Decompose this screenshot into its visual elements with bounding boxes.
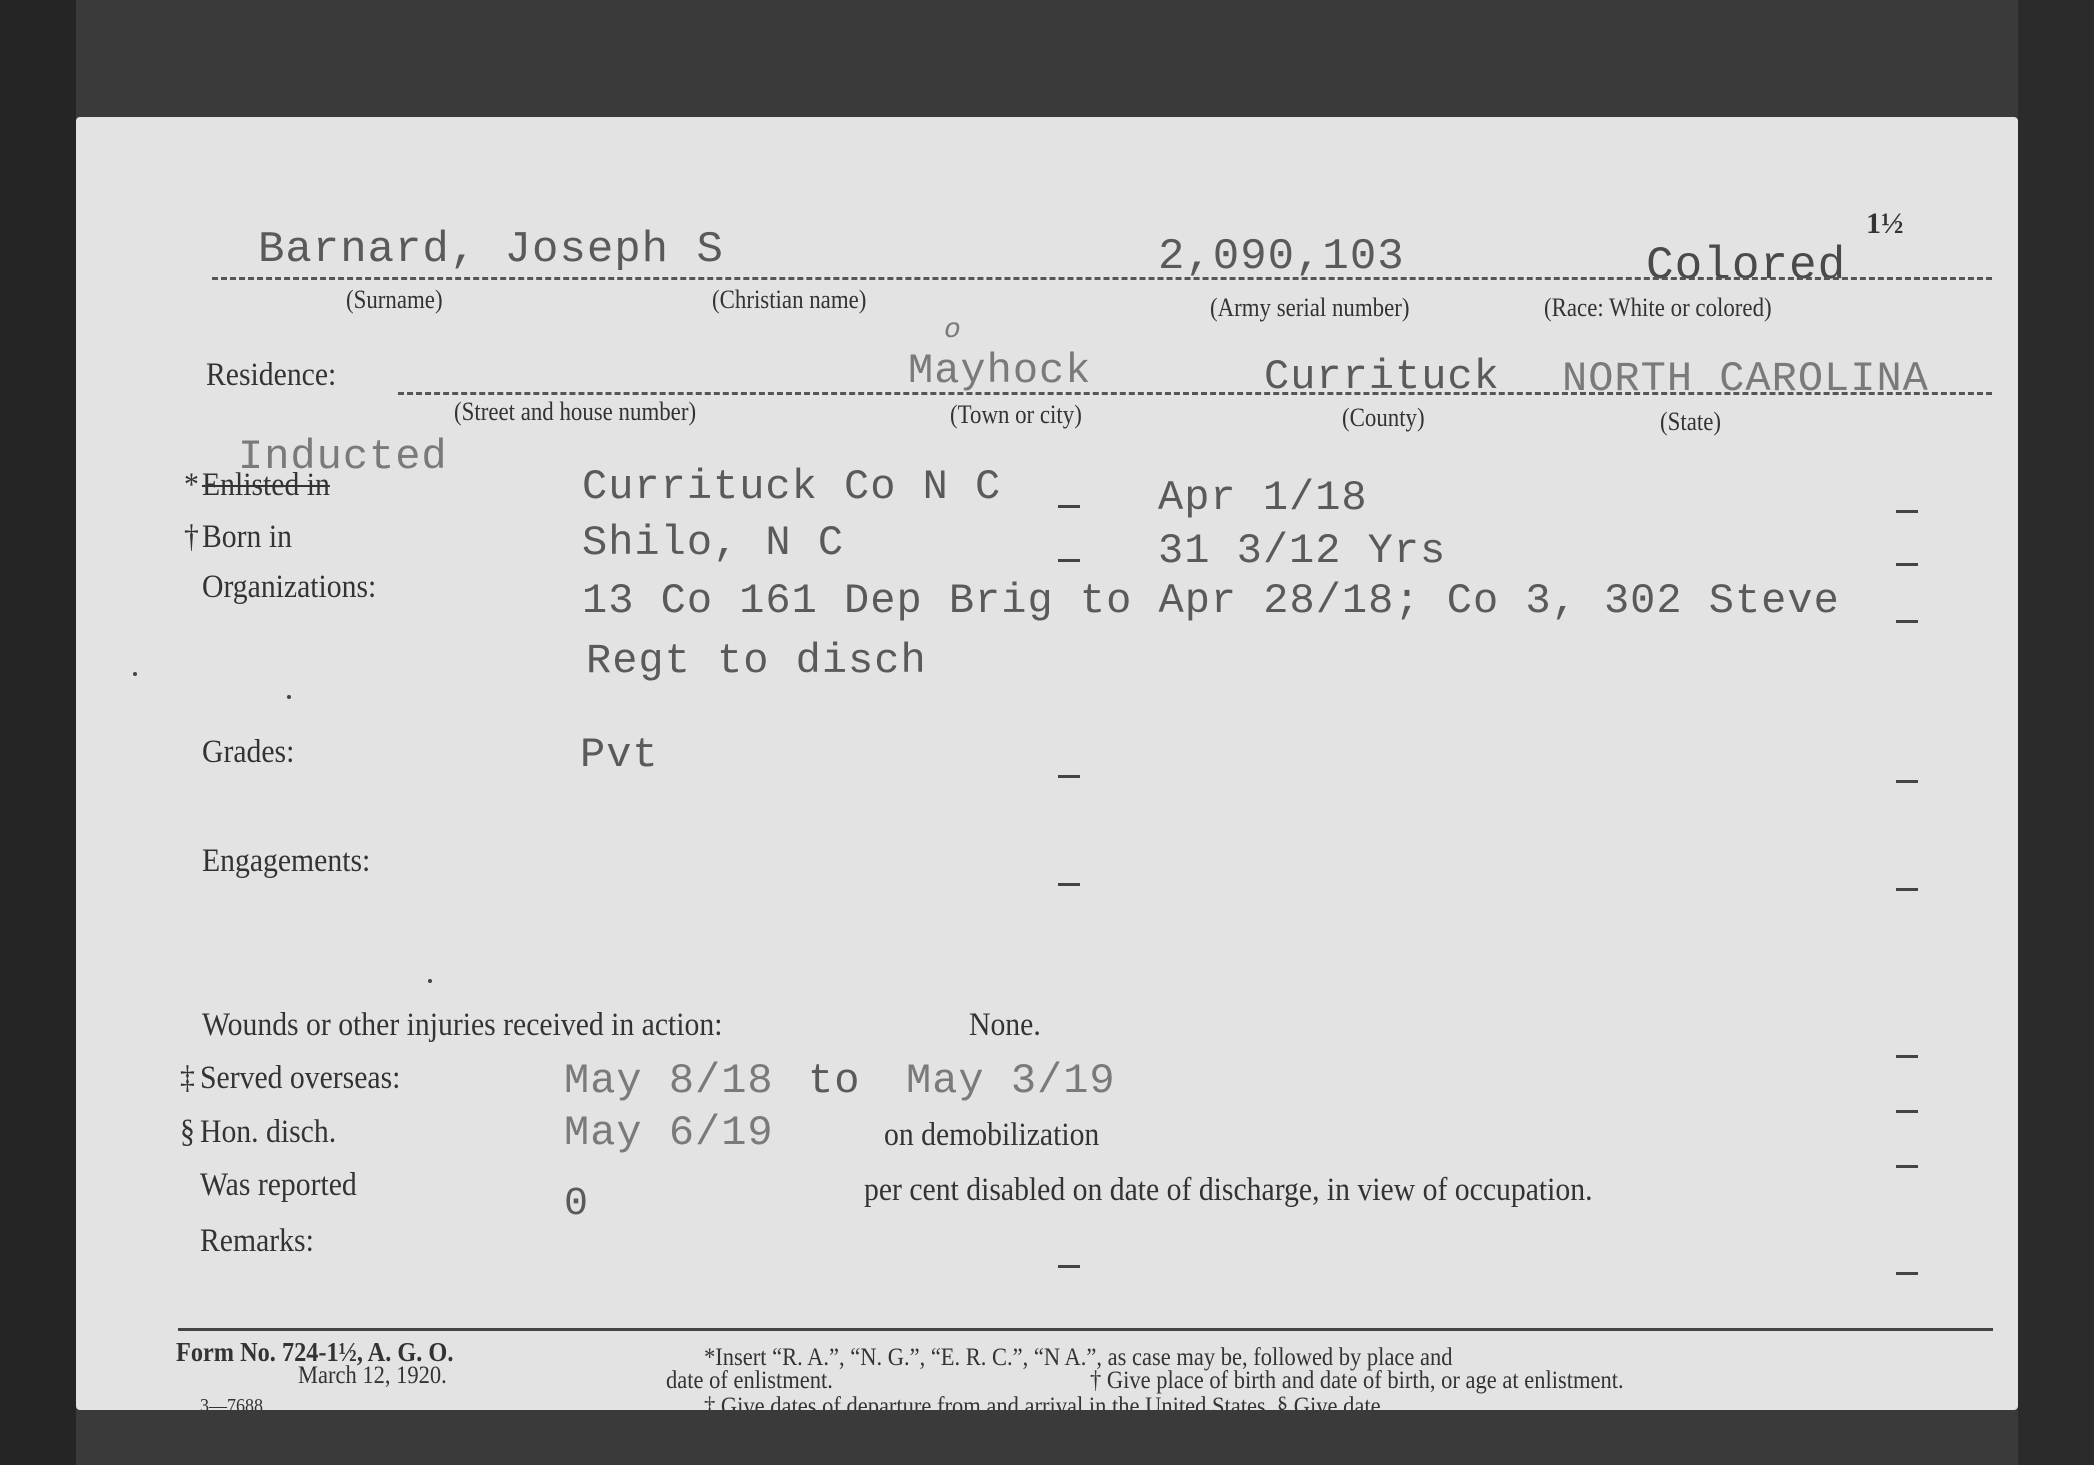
corner-mark: 1½: [1866, 207, 1904, 241]
enlistment-marker: *: [184, 467, 199, 504]
service-record-card: 1½ Barnard, Joseph S 2,090,103 Colored (…: [76, 117, 2018, 1410]
discharge-note: on demobilization: [884, 1117, 1099, 1154]
enlisted-in-label: Enlisted in: [202, 467, 330, 504]
overseas-marker: ‡: [180, 1060, 195, 1097]
footnote-overseas: ‡ Give dates of departure from and arriv…: [704, 1393, 1381, 1410]
middle-dash: [1058, 1265, 1080, 1268]
right-dash: [1896, 1110, 1918, 1113]
town-correction: o: [944, 315, 962, 346]
right-dash: [1896, 780, 1918, 783]
scan-speck: [428, 979, 432, 983]
discharge-date: May 6/19: [564, 1109, 774, 1157]
right-dash: [1896, 563, 1918, 566]
right-dash: [1896, 510, 1918, 513]
right-dash: [1896, 1055, 1918, 1058]
birth-place: Shilo, N C: [582, 519, 844, 567]
enlistment-date: Apr 1/18: [1158, 474, 1368, 522]
age-at-enlistment: 31 3/12 Yrs: [1158, 527, 1446, 575]
race-value: Colored: [1646, 240, 1846, 292]
scan-speck: [287, 695, 291, 699]
middle-dash: [1058, 559, 1080, 562]
christian-name-caption: (Christian name): [712, 285, 866, 315]
name-underline: [212, 277, 1992, 280]
wounds-label: Wounds or other injuries received in act…: [202, 1007, 723, 1044]
middle-dash: [1058, 775, 1080, 778]
overseas-to-date: May 3/19: [906, 1057, 1116, 1105]
disability-text: per cent disabled on date of discharge, …: [864, 1172, 1593, 1209]
name-value: Barnard, Joseph S: [258, 225, 724, 275]
middle-dash: [1058, 505, 1080, 508]
state-caption: (State): [1660, 407, 1721, 437]
was-reported-label: Was reported: [200, 1167, 357, 1204]
footnote-insert-continued: date of enlistment.: [666, 1367, 833, 1395]
residence-underline: [398, 392, 1992, 395]
form-date: March 12, 1920.: [298, 1362, 447, 1390]
wounds-value: None.: [969, 1007, 1041, 1044]
surname-caption: (Surname): [346, 285, 443, 315]
organizations-line-2: Regt to disch: [586, 637, 927, 685]
overseas-to-word: to: [808, 1057, 860, 1105]
scan-speck: [133, 672, 137, 676]
right-dash: [1896, 1165, 1918, 1168]
born-in-label: Born in: [202, 519, 292, 556]
remarks-label: Remarks:: [200, 1223, 314, 1260]
disability-percent: 0: [564, 1182, 589, 1227]
grades-label: Grades:: [202, 734, 294, 771]
print-code: 3—7688: [200, 1395, 263, 1410]
served-overseas-label: Served overseas:: [200, 1060, 400, 1097]
scan-background-right: [2018, 0, 2094, 1465]
state-value: NORTH CAROLINA: [1562, 355, 1929, 403]
serial-caption: (Army serial number): [1210, 293, 1409, 323]
organizations-label: Organizations:: [202, 569, 376, 606]
right-dash: [1896, 1272, 1918, 1275]
honorable-discharge-label: Hon. disch.: [200, 1114, 336, 1151]
enlistment-place: Currituck Co N C: [582, 463, 1001, 511]
town-value: Mayhock: [908, 347, 1091, 395]
grades-value: Pvt: [580, 731, 659, 779]
discharge-marker: §: [180, 1114, 195, 1151]
right-dash: [1896, 620, 1918, 623]
right-dash: [1896, 888, 1918, 891]
town-caption: (Town or city): [950, 400, 1082, 430]
county-caption: (County): [1342, 403, 1425, 433]
scan-background-left: [0, 0, 76, 1465]
race-caption: (Race: White or colored): [1544, 293, 1772, 323]
footnote-birth: † Give place of birth and date of birth,…: [1090, 1367, 1624, 1395]
born-marker: †: [184, 519, 199, 556]
footer-rule: [178, 1328, 1993, 1331]
middle-dash: [1058, 883, 1080, 886]
engagements-label: Engagements:: [202, 843, 370, 880]
overseas-from-date: May 8/18: [564, 1057, 774, 1105]
serial-number-value: 2,090,103: [1158, 232, 1405, 282]
organizations-line-1: 13 Co 161 Dep Brig to Apr 28/18; Co 3, 3…: [582, 577, 1840, 625]
residence-label: Residence:: [206, 357, 336, 394]
street-caption: (Street and house number): [454, 397, 696, 427]
